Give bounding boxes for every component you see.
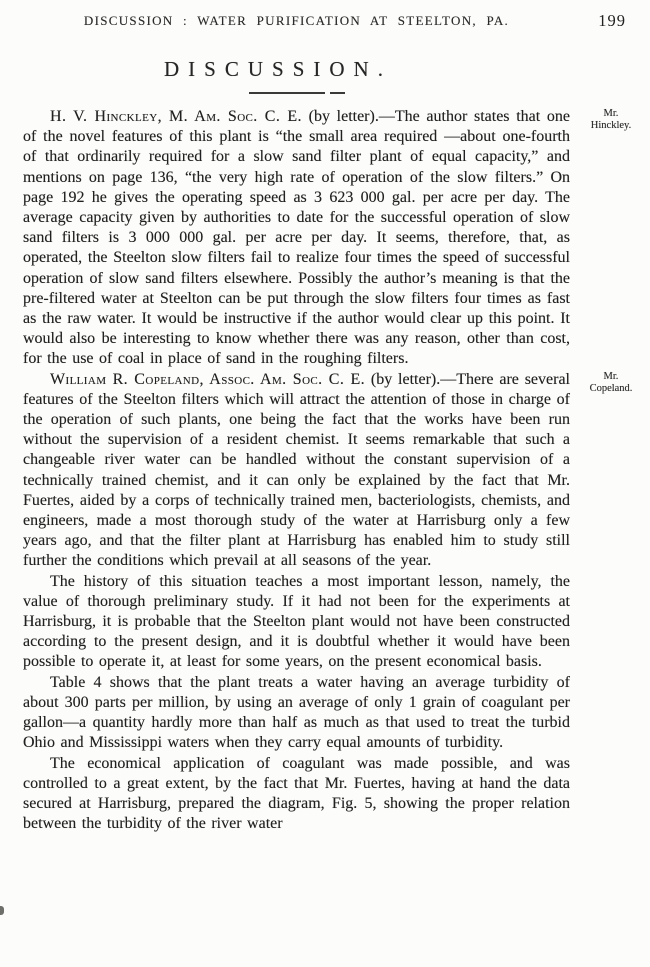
paragraph-text: (by letter).—The author states that one … xyxy=(23,108,570,367)
paragraph-text: The history of this situation teaches a … xyxy=(23,573,570,671)
paragraph-lesson: The history of this situation teaches a … xyxy=(23,572,570,673)
paragraph-hinckley: H. V. Hinckley, M. Am. Soc. C. E. (by le… xyxy=(23,107,570,370)
title-rule-divider xyxy=(23,91,570,95)
rule-line xyxy=(249,92,325,94)
page-number: 199 xyxy=(598,11,626,31)
running-head-title: DISCUSSION : WATER PURIFICATION AT STEEL… xyxy=(23,13,570,29)
rule-dash xyxy=(330,92,345,94)
margin-note-hinckley: Mr. Hinckley. xyxy=(574,108,648,132)
speaker-name-copeland: William R. Copeland, Assoc. Am. Soc. C. … xyxy=(50,371,365,388)
paragraph-coagulant: The economical application of coagulant … xyxy=(23,754,570,835)
document-page: DISCUSSION : WATER PURIFICATION AT STEEL… xyxy=(0,0,650,967)
page-body: H. V. Hinckley, M. Am. Soc. C. E. (by le… xyxy=(23,107,570,834)
section-title: DISCUSSION. xyxy=(0,57,547,82)
margin-note-copeland: Mr. Copeland. xyxy=(574,371,648,395)
paragraph-table-4: Table 4 shows that the plant treats a wa… xyxy=(23,673,570,754)
paragraph-text: The economical application of coagulant … xyxy=(23,755,570,833)
speaker-name-hinckley: H. V. Hinckley, M. Am. Soc. C. E. xyxy=(50,108,302,125)
paragraph-text: (by letter).—There are several features … xyxy=(23,371,570,570)
paragraph-copeland: William R. Copeland, Assoc. Am. Soc. C. … xyxy=(23,370,570,572)
scan-artifact xyxy=(0,906,4,915)
paragraph-text: Table 4 shows that the plant treats a wa… xyxy=(23,674,570,752)
page-header: DISCUSSION : WATER PURIFICATION AT STEEL… xyxy=(23,0,570,35)
